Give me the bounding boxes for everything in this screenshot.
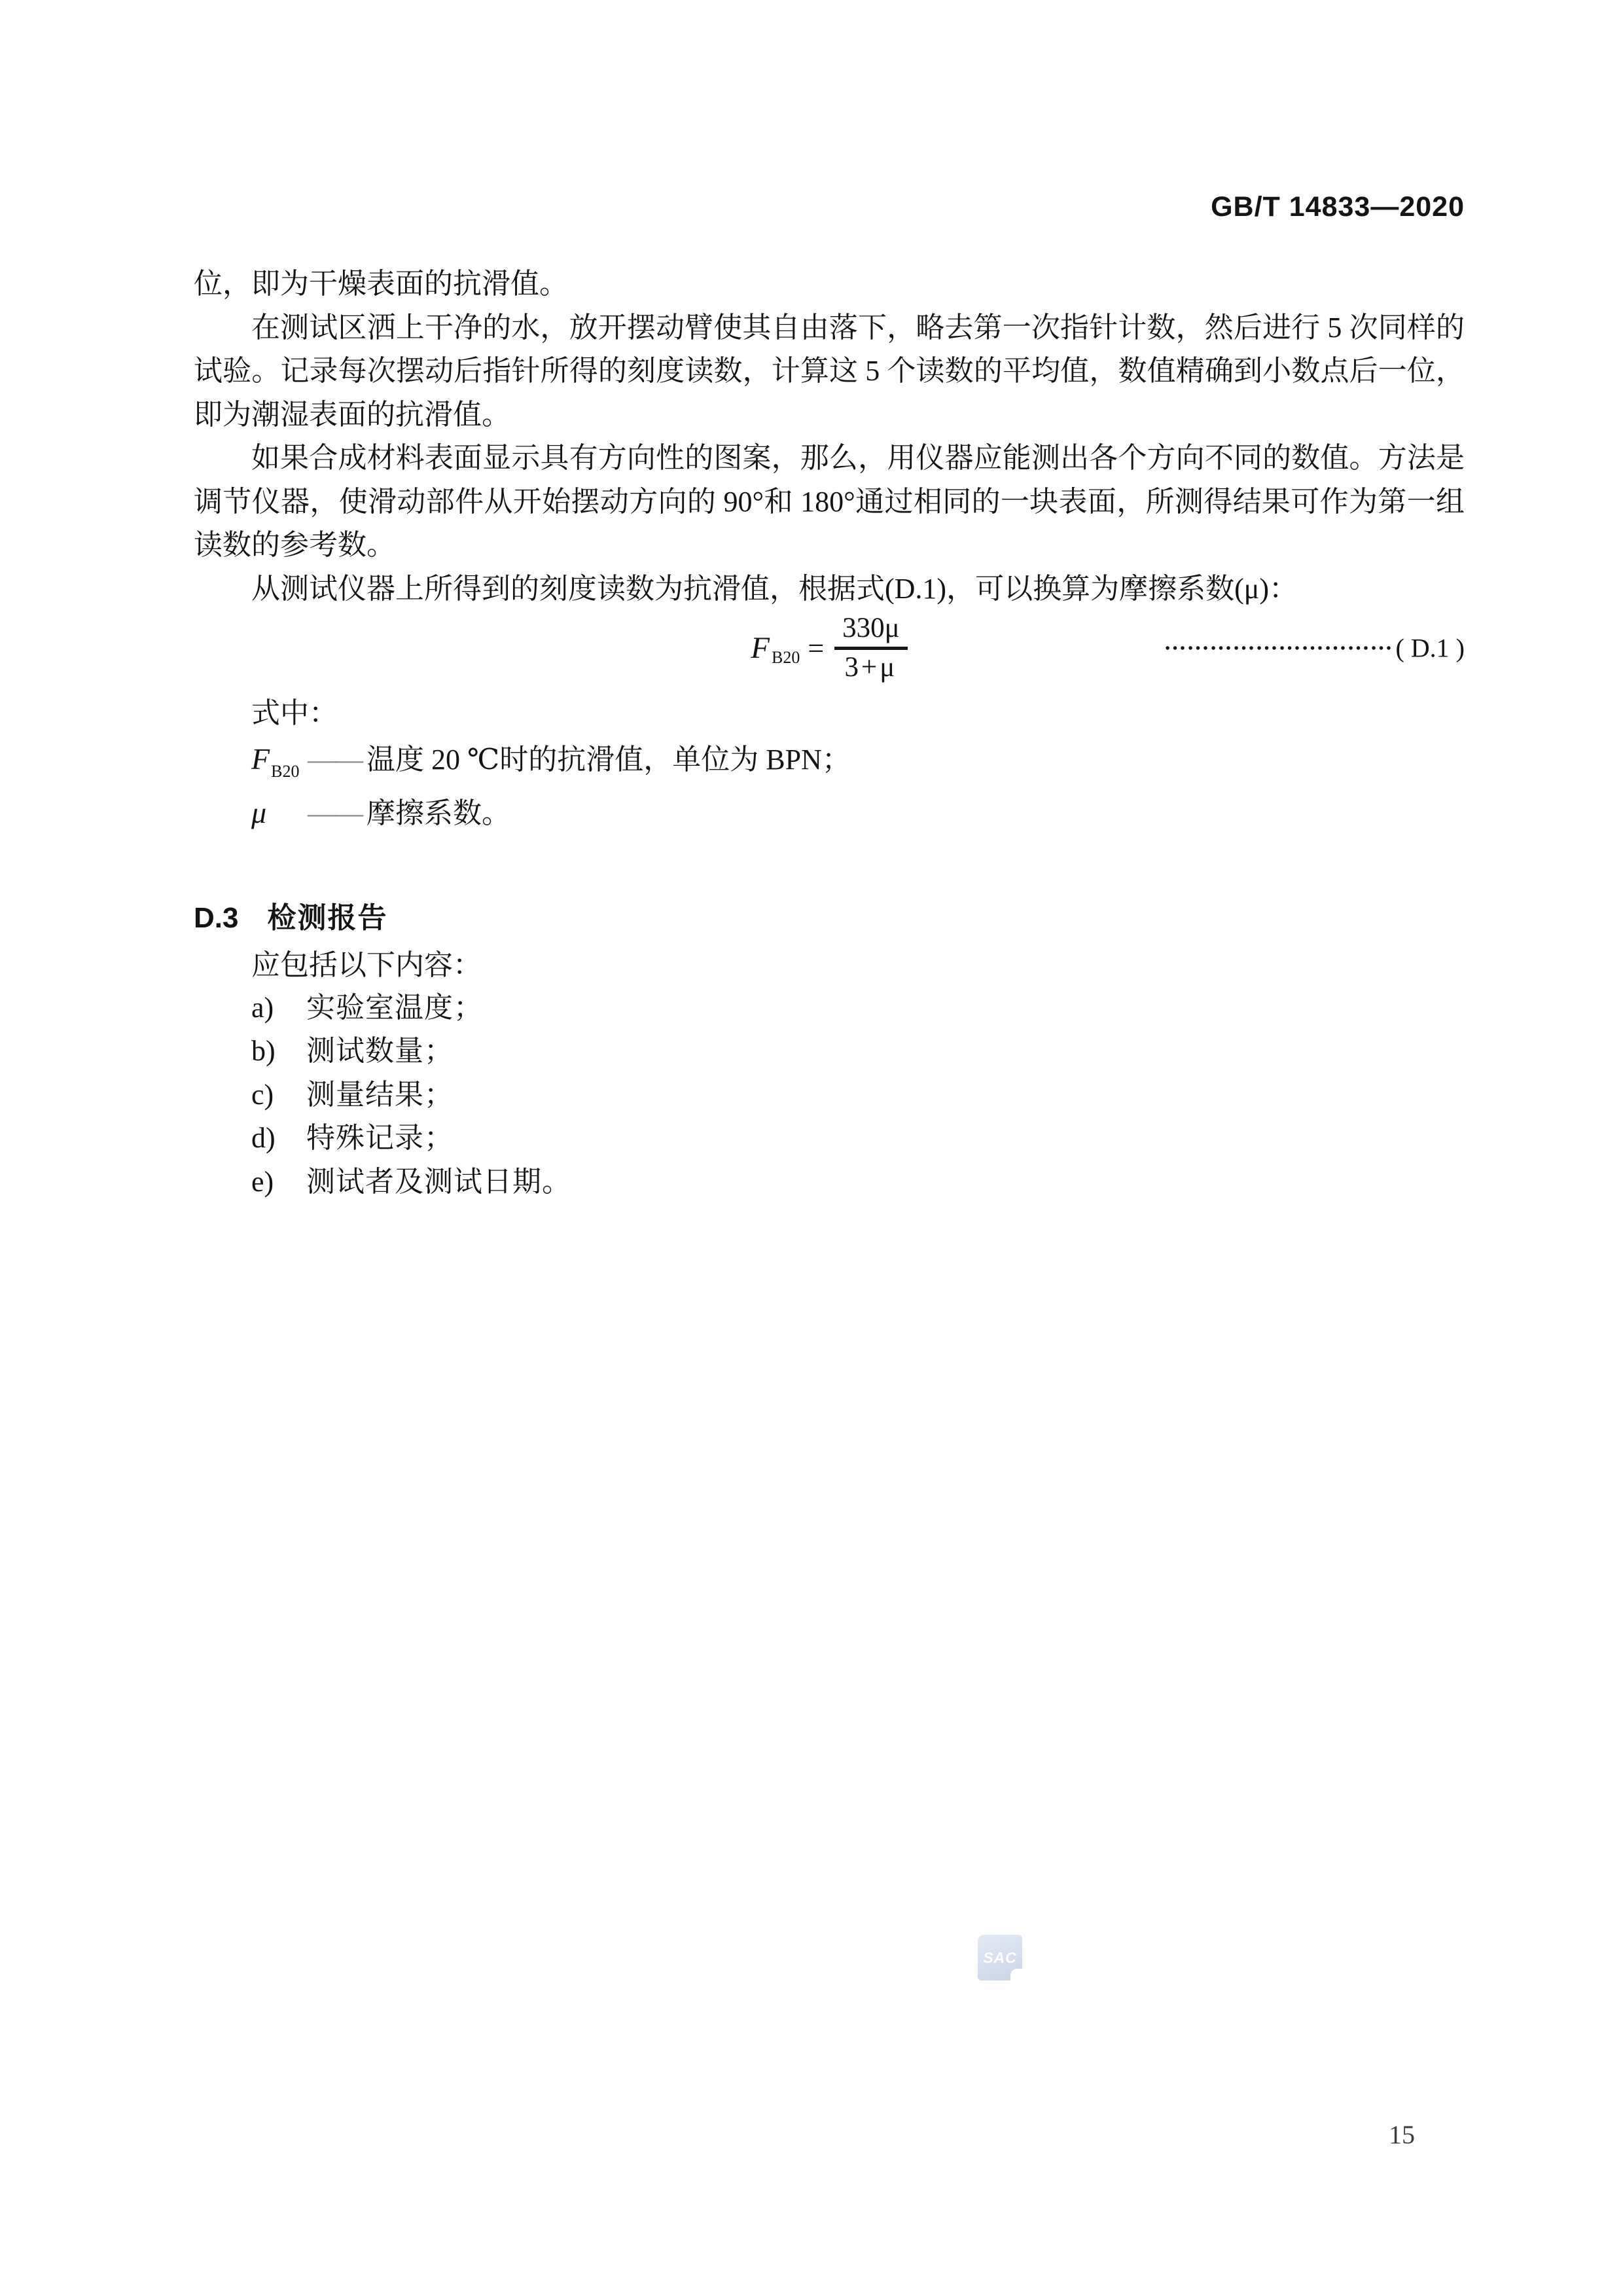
definition-symbol-subscript: B20 xyxy=(271,762,299,781)
definition-symbol-mu: μ xyxy=(251,795,308,830)
paragraph-continuation: 位，即为干燥表面的抗滑值。 xyxy=(194,262,1465,306)
equation-number: ( D.1 ) xyxy=(1395,633,1465,664)
definition-row-fb20: FB20 —— 温度 20 ℃时的抗滑值，单位为 BPN； xyxy=(194,736,1465,778)
formula-lhs-symbol: F xyxy=(751,630,770,666)
list-item-text: 特殊记录； xyxy=(306,1117,454,1160)
definition-dash: —— xyxy=(308,743,366,776)
definition-symbol-fb20: FB20 xyxy=(251,742,308,776)
list-item-label: c) xyxy=(251,1073,306,1117)
list-item: d) 特殊记录； xyxy=(194,1117,1465,1160)
section-number: D.3 xyxy=(194,902,238,935)
list-item-text: 实验室温度； xyxy=(306,986,483,1030)
formula-fraction: 330μ 3+μ xyxy=(834,613,908,683)
report-content-list: a) 实验室温度； b) 测试数量； c) 测量结果； d) 特殊记录； e) … xyxy=(194,986,1465,1204)
list-item: b) 测试数量； xyxy=(194,1030,1465,1073)
body-text-block: 位，即为干燥表面的抗滑值。 在测试区洒上干净的水，放开摆动臂使其自由落下，略去第… xyxy=(194,262,1465,611)
dotted-leader: ………………………… xyxy=(1164,630,1393,655)
definition-symbol-letter: F xyxy=(251,742,270,776)
list-item: c) 测量结果； xyxy=(194,1073,1465,1117)
paragraph-directional: 如果合成材料表面显示具有方向性的图案，那么，用仪器应能测出各个方向不同的数值。方… xyxy=(194,437,1465,567)
where-label: 式中： xyxy=(194,689,1465,731)
formula-numerator: 330μ xyxy=(834,613,908,649)
list-item-label: d) xyxy=(251,1117,306,1160)
paragraph-wet-test: 在测试区洒上干净的水，放开摆动臂使其自由落下，略去第一次指针计数，然后进行 5 … xyxy=(194,306,1465,437)
list-item-text: 测试数量； xyxy=(306,1030,454,1073)
list-item-label: a) xyxy=(251,986,306,1030)
definition-text-fb20: 温度 20 ℃时的抗滑值，单位为 BPN； xyxy=(366,736,851,778)
document-page: GB/T 14833—2020 位，即为干燥表面的抗滑值。 在测试区洒上干净的水… xyxy=(0,0,1623,2296)
list-item-label: b) xyxy=(251,1030,306,1073)
definition-dash: —— xyxy=(308,797,366,830)
formula-denominator: 3+μ xyxy=(834,650,908,683)
section-title: 检测报告 xyxy=(267,894,387,936)
formula-lhs-subscript: B20 xyxy=(772,648,800,668)
sac-watermark-logo: SAC xyxy=(978,1935,1022,1981)
definition-text-mu: 摩擦系数。 xyxy=(366,789,510,831)
equation-number-group: ………………………… ( D.1 ) xyxy=(1164,633,1465,664)
definition-symbol-letter: μ xyxy=(251,796,266,829)
list-item-text: 测试者及测试日期。 xyxy=(306,1160,571,1204)
sac-watermark-text: SAC xyxy=(983,1949,1017,1967)
formula-d1: F B20 = 330μ 3+μ ………………………… ( D.1 ) xyxy=(194,599,1465,697)
formula-equals-sign: = xyxy=(808,632,824,665)
list-item-label: e) xyxy=(251,1160,306,1204)
definition-row-mu: μ —— 摩擦系数。 xyxy=(194,789,1465,831)
list-intro: 应包括以下内容： xyxy=(194,944,1465,988)
section-heading-d3: D.3 检测报告 xyxy=(194,894,387,936)
page-number: 15 xyxy=(1389,2119,1415,2150)
list-item: a) 实验室温度； xyxy=(194,986,1465,1030)
standard-code-header: GB/T 14833—2020 xyxy=(1211,191,1465,223)
list-item: e) 测试者及测试日期。 xyxy=(194,1160,1465,1204)
formula-expression: F B20 = 330μ 3+μ xyxy=(751,613,907,683)
list-item-text: 测量结果； xyxy=(306,1073,454,1117)
